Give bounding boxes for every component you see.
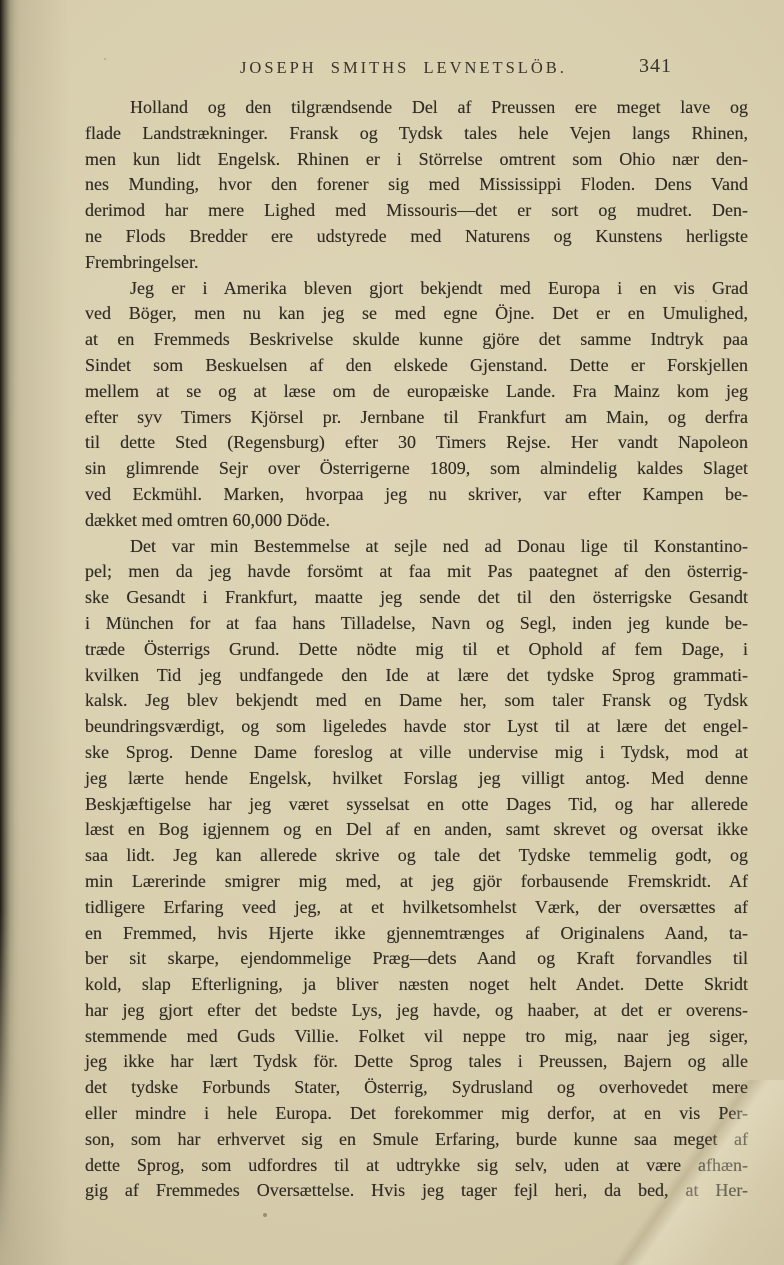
text-line: stemmende med Guds Villie. Folket vil ne… <box>85 1024 748 1050</box>
text-line: ske Gesandt i Frankfurt, maatte jeg send… <box>85 585 748 611</box>
text-line: dækket med omtren 60,000 Döde. <box>85 508 748 534</box>
text-line: kvilken Tid jeg undfangede den Ide at læ… <box>85 663 748 689</box>
text-line: Jeg er i Amerika bleven gjort bekjendt m… <box>85 276 748 302</box>
paper-speck <box>263 1213 267 1217</box>
text-line: sin glimrende Sejr over Österrigerne 180… <box>85 456 748 482</box>
text-line: eller mindre i hele Europa. Det forekomm… <box>85 1101 748 1127</box>
page-left-edge <box>0 0 20 1265</box>
paragraph: Jeg er i Amerika bleven gjort bekjendt m… <box>85 276 748 534</box>
text-line: Beskjæftigelse har jeg været sysselsat e… <box>85 792 748 818</box>
page-body-text: Holland og den tilgrændsende Del af Preu… <box>85 95 748 1204</box>
paper-speck <box>104 58 106 60</box>
text-line: min Lærerinde smigrer mig med, at jeg gj… <box>85 869 748 895</box>
paragraph: Holland og den tilgrændsende Del af Preu… <box>85 95 748 276</box>
text-line: at en Fremmeds Beskrivelse skulde kunne … <box>85 327 748 353</box>
text-line: dette Sprog, som udfordres til at udtryk… <box>85 1153 748 1179</box>
text-line: har jeg gjort efter det bedste Lys, jeg … <box>85 998 748 1024</box>
text-line: ske Sprog. Denne Dame foreslog at ville … <box>85 740 748 766</box>
binding-shadow <box>0 0 70 1265</box>
text-line: Sindet som Beskuelsen af den elskede Gje… <box>85 353 748 379</box>
text-line: Det var min Bestemmelse at sejle ned ad … <box>85 534 748 560</box>
text-line: son, som har erhvervet sig en Smule Erfa… <box>85 1127 748 1153</box>
page-number: 341 <box>639 55 672 78</box>
text-line: flade Landstrækninger. Fransk og Tydsk t… <box>85 121 748 147</box>
text-line: jeg ikke har lært Tydsk för. Dette Sprog… <box>85 1049 748 1075</box>
text-line: nes Munding, hvor den forener sig med Mi… <box>85 172 748 198</box>
book-page: JOSEPH SMITHS LEVNETSLÖB. 341 Holland og… <box>0 0 784 1265</box>
text-line: men kun lidt Engelsk. Rhinen er i Större… <box>85 147 748 173</box>
text-line: en Fremmed, hvis Hjerte ikke gjennemtræn… <box>85 921 748 947</box>
text-line: Holland og den tilgrændsende Del af Preu… <box>85 95 748 121</box>
text-line: efter syv Timers Kjörsel pr. Jernbane ti… <box>85 405 748 431</box>
paragraph: Det var min Bestemmelse at sejle ned ad … <box>85 534 748 1205</box>
text-line: det tydske Forbunds Stater, Österrig, Sy… <box>85 1075 748 1101</box>
text-line: mellem at se og at læse om de europæiske… <box>85 379 748 405</box>
text-line: jeg lærte hende Engelsk, hvilket Forslag… <box>85 766 748 792</box>
running-title: JOSEPH SMITHS LEVNETSLÖB. <box>240 58 567 78</box>
text-line: ved Böger, men nu kan jeg se med egne Öj… <box>85 301 748 327</box>
text-line: derimod har mere Lighed med Missouris—de… <box>85 198 748 224</box>
text-line: beundringsværdigt, og som ligeledes havd… <box>85 714 748 740</box>
text-line: Frembringelser. <box>85 250 748 276</box>
text-line: ved Eckmühl. Marken, hvorpaa jeg nu skri… <box>85 482 748 508</box>
text-line: kold, slap Efterligning, ja bliver næste… <box>85 972 748 998</box>
text-line: kalsk. Jeg blev bekjendt med en Dame her… <box>85 688 748 714</box>
text-line: ne Flods Bredder ere udstyrede med Natur… <box>85 224 748 250</box>
text-line: træde Österrigs Grund. Dette nödte mig t… <box>85 637 748 663</box>
text-line: til dette Sted (Regensburg) efter 30 Tim… <box>85 430 748 456</box>
text-line: saa lidt. Jeg kan allerede skrive og tal… <box>85 843 748 869</box>
text-line: pel; men da jeg havde forsömt at faa mit… <box>85 559 748 585</box>
text-line: ber sit skarpe, ejendommelige Præg—dets … <box>85 946 748 972</box>
text-line: læst en Bog igjennem og en Del af en and… <box>85 817 748 843</box>
text-line: i München for at faa hans Tilladelse, Na… <box>85 611 748 637</box>
text-line: gig af Fremmedes Oversættelse. Hvis jeg … <box>85 1178 748 1204</box>
text-line: tidligere Erfaring veed jeg, at et hvilk… <box>85 895 748 921</box>
